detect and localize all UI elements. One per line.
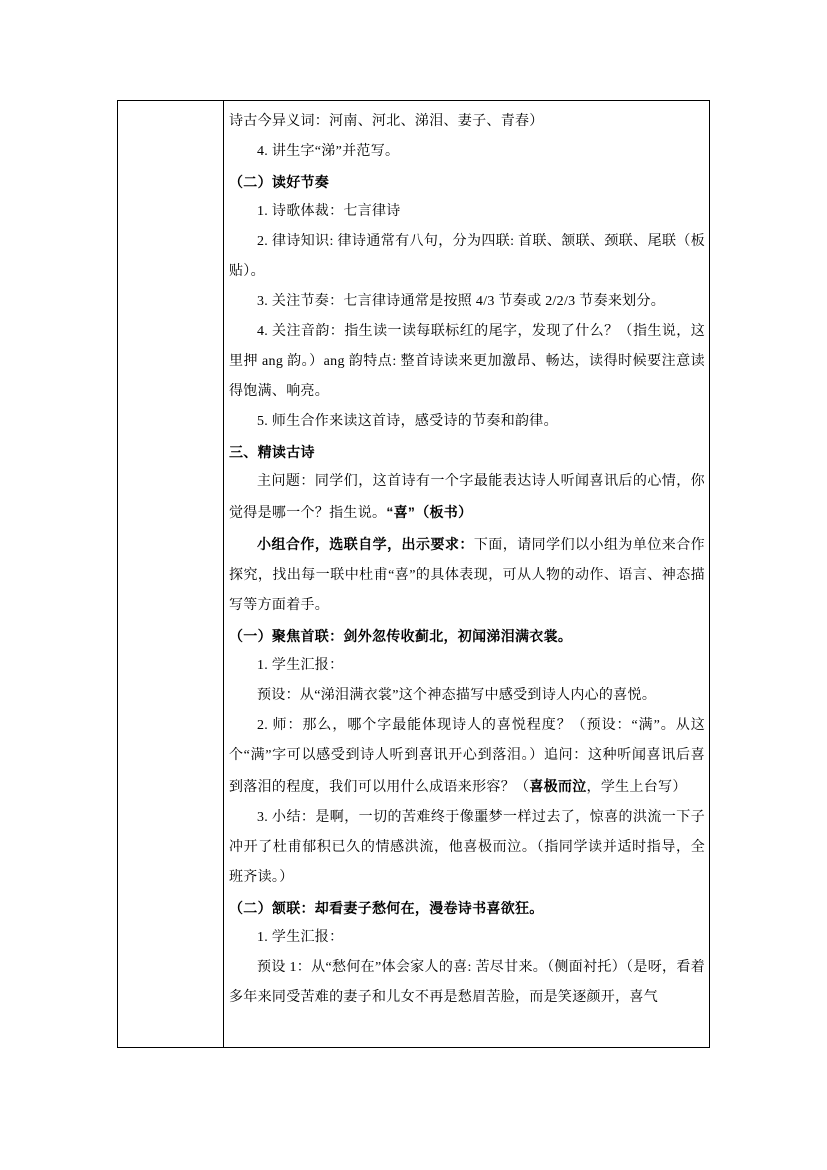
paragraph: 3. 小结：是啊，一切的苦难终于像噩梦一样过去了，惊喜的洪流一下子冲开了杜甫郁积… <box>229 803 705 893</box>
body-text: 1. 学生汇报： <box>257 658 343 673</box>
paragraph: 预设 1：从“愁何在”体会家人的喜: 苦尽甘来。（侧面衬托）（是呀，看着多年来同… <box>229 953 705 1013</box>
table-cell-content: 诗古今异义词：河南、河北、涕泪、妻子、青春）4. 讲生字“涕”并范写。（二）读好… <box>224 101 709 1047</box>
section-heading: 三、精读古诗 <box>229 437 705 467</box>
body-text: ，学生上台写） <box>587 780 687 795</box>
paragraph: 2. 律诗知识: 律诗通常有八句，分为四联: 首联、颔联、颈联、尾联（板贴）。 <box>229 227 705 287</box>
lesson-plan-table: 诗古今异义词：河南、河北、涕泪、妻子、青春）4. 讲生字“涕”并范写。（二）读好… <box>117 100 710 1048</box>
body-text: 3. 关注节奏：七言律诗通常是按照 4/3 节奏或 2/2/3 节奏来划分。 <box>257 294 665 309</box>
paragraph: 4. 关注音韵：指生读一读每联标红的尾字，发现了什么？（指生说，这里押 ang … <box>229 317 705 407</box>
paragraph: 1. 学生汇报： <box>229 923 705 953</box>
bold-text: 三、精读古诗 <box>229 444 315 460</box>
paragraph: 小组合作，选联自学，出示要求：下面，请同学们以小组为单位来合作探究，找出每一联中… <box>229 529 705 621</box>
bold-text: （一）聚焦首联：剑外忽传收蓟北，初闻涕泪满衣裳。 <box>229 628 572 644</box>
section-heading: （二）读好节奏 <box>229 167 705 197</box>
bold-text: （二）读好节奏 <box>229 174 329 190</box>
paragraph: 5. 师生合作来读这首诗，感受诗的节奏和韵律。 <box>229 407 705 437</box>
table-cell-left <box>118 101 224 1047</box>
bold-text: （二）颔联：却看妻子愁何在，漫卷诗书喜欲狂。 <box>229 900 544 916</box>
body-text: 预设：从“涕泪满衣裳”这个神态描写中感受到诗人内心的喜悦。 <box>257 688 656 703</box>
paragraph: 2. 师：那么，哪个字最能体现诗人的喜悦程度？（预设：“满”。从这个“满”字可以… <box>229 711 705 803</box>
paragraph: 1. 诗歌体裁：七言律诗 <box>229 197 705 227</box>
paragraph: 4. 讲生字“涕”并范写。 <box>229 137 705 167</box>
paragraph: 预设：从“涕泪满衣裳”这个神态描写中感受到诗人内心的喜悦。 <box>229 681 705 711</box>
body-text: 预设 1：从“愁何在”体会家人的喜: 苦尽甘来。（侧面衬托）（是呀，看着多年来同… <box>229 960 705 1005</box>
paragraph: 诗古今异义词：河南、河北、涕泪、妻子、青春） <box>229 107 705 137</box>
paragraph: 3. 关注节奏：七言律诗通常是按照 4/3 节奏或 2/2/3 节奏来划分。 <box>229 287 705 317</box>
body-text: 诗古今异义词：河南、河北、涕泪、妻子、青春） <box>229 114 544 129</box>
bold-text: 喜极而泣 <box>529 778 586 794</box>
bold-text: 小组合作，选联自学，出示要求： <box>257 536 474 552</box>
body-text: 2. 律诗知识: 律诗通常有八句，分为四联: 首联、颔联、颈联、尾联（板贴）。 <box>229 234 705 279</box>
section-heading: （一）聚焦首联：剑外忽传收蓟北，初闻涕泪满衣裳。 <box>229 621 705 651</box>
body-text: 3. 小结：是啊，一切的苦难终于像噩梦一样过去了，惊喜的洪流一下子冲开了杜甫郁积… <box>229 810 705 885</box>
body-text: 4. 讲生字“涕”并范写。 <box>257 144 399 159</box>
bold-text: “喜”（板书） <box>386 504 472 520</box>
section-heading: （二）颔联：却看妻子愁何在，漫卷诗书喜欲狂。 <box>229 893 705 923</box>
body-text: 1. 诗歌体裁：七言律诗 <box>257 204 401 219</box>
body-text: 5. 师生合作来读这首诗，感受诗的节奏和韵律。 <box>257 414 558 429</box>
paragraph: 1. 学生汇报： <box>229 651 705 681</box>
body-text: 4. 关注音韵：指生读一读每联标红的尾字，发现了什么？（指生说，这里押 ang … <box>229 324 705 399</box>
body-text: 1. 学生汇报： <box>257 930 343 945</box>
paragraph: 主问题：同学们，这首诗有一个字最能表达诗人听闻喜讯后的心情，你觉得是哪一个？指生… <box>229 467 705 529</box>
document-page: 诗古今异义词：河南、河北、涕泪、妻子、青春）4. 讲生字“涕”并范写。（二）读好… <box>0 0 827 1170</box>
